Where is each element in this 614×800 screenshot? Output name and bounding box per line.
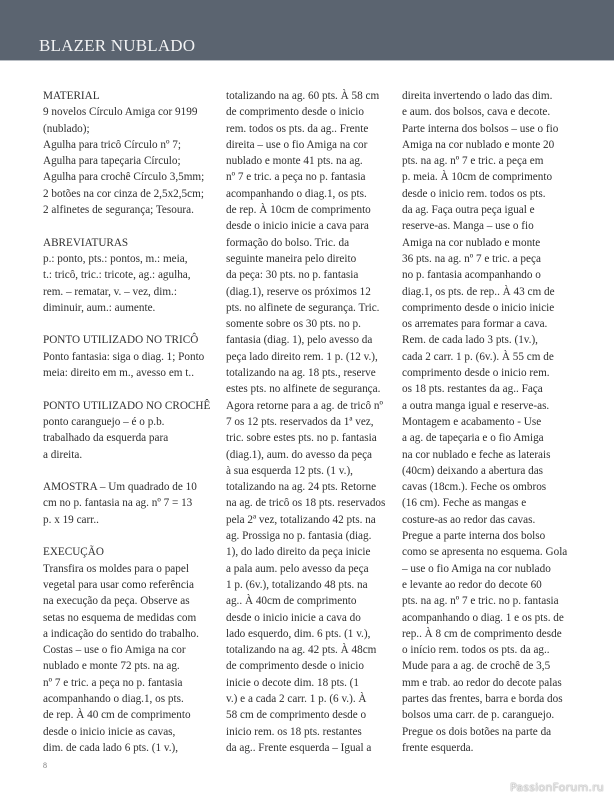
text-line: somente sobre os 30 pts. no p. <box>226 316 402 332</box>
header-bar: BLAZER NUBLADO <box>0 0 614 61</box>
text-line: Rem. de cada lado 3 pts. (1v.), <box>402 332 602 348</box>
text-line: na ag. de tricô os 18 pts. reservados <box>226 495 402 511</box>
text-line: rep.. À 8 cm de comprimento desde <box>402 626 602 642</box>
text-line: PONTO UTILIZADO NO CROCHÊ <box>43 398 228 414</box>
text-line: comprimento desde o inicio rem. <box>402 365 602 381</box>
text-line: pela 2ª vez, totalizando 42 pts. na <box>226 512 402 528</box>
text-line: diminuir, aum.: aumente. <box>43 300 228 316</box>
text-line: os 18 pts. restantes da ag.. Faça <box>402 381 602 397</box>
text-line: a outra manga igual e reserve-as. <box>402 398 602 414</box>
text-line: pts. na ag. nº 7 e tric. a peça em <box>402 153 602 169</box>
text-line: Amiga na cor nublado e monte <box>402 235 602 251</box>
text-line: meia: direito em m., avesso em t.. <box>43 365 228 381</box>
text-line: lado esquerdo, dim. 6 pts. (1 v.), <box>226 626 402 642</box>
text-line: cavas (18cm.). Feche os ombros <box>402 479 602 495</box>
text-line: Agulha para crochê Círculo 3,5mm; <box>43 169 228 185</box>
text-line: cm no p. fantasia na ag. nº 7 = 13 <box>43 495 228 511</box>
text-line: AMOSTRA – Um quadrado de 10 <box>43 479 228 495</box>
text-line: desde o inicio inicie a cava do <box>226 610 402 626</box>
text-line: 36 pts. na ag. nº 7 e tric. a peça <box>402 251 602 267</box>
text-line: desde o inicio inicie as cavas, <box>43 724 228 740</box>
text-line: Agulha para tricô Círculo nº 7; <box>43 137 228 153</box>
text-line: de comprimento desde o inicio <box>226 658 402 674</box>
text-line: como se apresenta no esquema. Gola <box>402 544 602 560</box>
text-line: inicio rem. os 18 pts. restantes <box>226 724 402 740</box>
text-line: desde o inicio rem. todos os pts. <box>402 186 602 202</box>
text-column-1: MATERIAL9 novelos Círculo Amiga cor 9199… <box>43 88 228 756</box>
text-line: a direita. <box>43 447 228 463</box>
text-line: Pregue a parte interna dos bolso <box>402 528 602 544</box>
text-line: e aum. dos bolsos, cava e decote. <box>402 104 602 120</box>
text-line: 9 novelos Círculo Amiga cor 9199 <box>43 104 228 120</box>
text-line: de rep. À 10cm de comprimento <box>226 202 402 218</box>
page-number: 8 <box>43 761 47 770</box>
text-line: dim. de cada lado 6 pts. (1 v.), <box>43 740 228 756</box>
text-line: partes das frentes, barra e borda dos <box>402 691 602 707</box>
text-line: pts. no alfinete de segurança. Tric. <box>226 300 402 316</box>
text-line: a pala aum. pelo avesso da peça <box>226 561 402 577</box>
text-line: (diag.1), aum. do avesso da peça <box>226 447 402 463</box>
text-line: da ag.. Frente esquerda – Igual a <box>226 740 402 756</box>
text-line: direita – use o fio Amiga na cor <box>226 137 402 153</box>
text-line: 7 os 12 pts. reservados da 1ª vez, <box>226 414 402 430</box>
text-line: peça lado direito rem. 1 p. (12 v.), <box>226 349 402 365</box>
text-line: no p. fantasia acompanhando o <box>402 267 602 283</box>
text-line: – use o fio Amiga na cor nublado <box>402 561 602 577</box>
text-line: PONTO UTILIZADO NO TRICÔ <box>43 332 228 348</box>
text-line: estes pts. no alfinete de segurança. <box>226 381 402 397</box>
page-title: BLAZER NUBLADO <box>39 36 195 56</box>
text-line: MATERIAL <box>43 88 228 104</box>
text-line: Parte interna dos bolsos – use o fio <box>402 121 602 137</box>
text-line: p. x 19 carr.. <box>43 512 228 528</box>
text-line: acompanhando o diag. 1 e os pts. de <box>402 610 602 626</box>
text-line: setas no esquema de medidas com <box>43 610 228 626</box>
text-line: acompanhando o diag.1, os pts. <box>43 691 228 707</box>
text-line: EXECUÇÃO <box>43 544 228 560</box>
text-line: à sua esquerda 12 pts. (1 v.), <box>226 463 402 479</box>
text-line: formação do bolso. Tric. da <box>226 235 402 251</box>
text-line: inicie o decote dim. 18 pts. (1 <box>226 675 402 691</box>
text-column-3: direita invertendo o lado das dim.e aum.… <box>402 88 602 756</box>
text-line: ABREVIATURAS <box>43 235 228 251</box>
text-line: ag. Prossiga no p. fantasia (diag. <box>226 528 402 544</box>
text-line: nublado e monte 72 pts. na ag. <box>43 658 228 674</box>
watermark: PassionForum.ru <box>510 781 604 794</box>
text-line: os arremates para formar a cava. <box>402 316 602 332</box>
text-line: v.) e a cada 2 carr. 1 p. (6 v.). À <box>226 691 402 707</box>
text-line: de rep. À 40 cm de comprimento <box>43 707 228 723</box>
text-line: rem. – rematar, v. – vez, dim.: <box>43 284 228 300</box>
text-line: (40cm) deixando a abertura das <box>402 463 602 479</box>
text-line: nº 7 e tric. a peça no p. fantasia <box>43 675 228 691</box>
text-line: frente esquerda. <box>402 740 602 756</box>
text-line: costure-as ao redor das cavas. <box>402 512 602 528</box>
text-line: Pregue os dois botões na parte da <box>402 724 602 740</box>
text-line: Agora retorne para a ag. de tricô nº <box>226 398 402 414</box>
text-line: p. meia. À 10cm de comprimento <box>402 169 602 185</box>
text-line: Ponto fantasia: siga o diag. 1; Ponto <box>43 349 228 365</box>
paragraph-gap <box>43 316 228 332</box>
text-line: reserve-as. Manga – use o fio <box>402 218 602 234</box>
text-line: seguinte maneira pelo direito <box>226 251 402 267</box>
text-line: vegetal para usar como referência <box>43 577 228 593</box>
text-line: 1), do lado direito da peça inicie <box>226 544 402 560</box>
text-line: totalizando na ag. 60 pts. À 58 cm <box>226 88 402 104</box>
text-line: totalizando na ag. 24 pts. Retorne <box>226 479 402 495</box>
paragraph-gap <box>43 381 228 397</box>
text-line: tric. sobre estes pts. no p. fantasia <box>226 430 402 446</box>
text-line: fantasia (diag. 1), pelo avesso da <box>226 332 402 348</box>
text-line: pts. na ag. nº 7 e tric. no p. fantasia <box>402 593 602 609</box>
text-line: de comprimento desde o inicio <box>226 104 402 120</box>
text-column-2: totalizando na ag. 60 pts. À 58 cmde com… <box>226 88 402 756</box>
text-line: (nublado); <box>43 121 228 137</box>
text-line: (diag.1), reserve os próximos 12 <box>226 284 402 300</box>
text-line: acompanhando o diag.1, os pts. <box>226 186 402 202</box>
text-line: a ag. de tapeçaria e o fio Amiga <box>402 430 602 446</box>
text-line: Agulha para tapeçaria Círculo; <box>43 153 228 169</box>
text-line: desde o inicio inicie a cava para <box>226 218 402 234</box>
text-line: (16 cm). Feche as mangas e <box>402 495 602 511</box>
text-line: nº 7 e tric. a peça no p. fantasia <box>226 169 402 185</box>
text-line: trabalhado da esquerda para <box>43 430 228 446</box>
text-line: cada 2 carr. 1 p. (6v.). À 55 cm de <box>402 349 602 365</box>
text-line: direita invertendo o lado das dim. <box>402 88 602 104</box>
text-line: a indicação do sentido do trabalho. <box>43 626 228 642</box>
text-line: ponto caranguejo – é o p.b. <box>43 414 228 430</box>
text-line: 2 botões na cor cinza de 2,5x2,5cm; <box>43 186 228 202</box>
text-line: e levante ao redor do decote 60 <box>402 577 602 593</box>
text-line: ag.. À 40cm de comprimento <box>226 593 402 609</box>
text-line: 58 cm de comprimento desde o <box>226 707 402 723</box>
text-line: 2 alfinetes de segurança; Tesoura. <box>43 202 228 218</box>
text-line: 1 p. (6v.), totalizando 48 pts. na <box>226 577 402 593</box>
text-line: mm e trab. ao redor do decote palas <box>402 675 602 691</box>
text-line: totalizando na ag. 18 pts., reserve <box>226 365 402 381</box>
text-line: comprimento desde o inicio inicie <box>402 300 602 316</box>
text-line: o início rem. todos os pts. da ag.. <box>402 642 602 658</box>
text-line: rem. todos os pts. da ag.. Frente <box>226 121 402 137</box>
paragraph-gap <box>43 218 228 234</box>
text-line: Transfira os moldes para o papel <box>43 561 228 577</box>
text-line: Costas – use o fio Amiga na cor <box>43 642 228 658</box>
text-line: totalizando na ag. 42 pts. À 48cm <box>226 642 402 658</box>
paragraph-gap <box>43 528 228 544</box>
text-line: na execução da peça. Observe as <box>43 593 228 609</box>
text-line: nublado e monte 41 pts. na ag. <box>226 153 402 169</box>
text-line: Mude para a ag. de crochê de 3,5 <box>402 658 602 674</box>
paragraph-gap <box>43 463 228 479</box>
text-line: da ag. Faça outra peça igual e <box>402 202 602 218</box>
text-line: bolsos uma carr. de p. caranguejo. <box>402 707 602 723</box>
text-line: na cor nublado e feche as laterais <box>402 447 602 463</box>
text-line: Montagem e acabamento - Use <box>402 414 602 430</box>
text-line: da peça: 30 pts. no p. fantasia <box>226 267 402 283</box>
text-line: p.: ponto, pts.: pontos, m.: meia, <box>43 251 228 267</box>
text-line: t.: tricô, tric.: tricote, ag.: agulha, <box>43 267 228 283</box>
text-line: diag.1, os pts. de rep.. À 43 cm de <box>402 284 602 300</box>
text-line: Amiga na cor nublado e monte 20 <box>402 137 602 153</box>
